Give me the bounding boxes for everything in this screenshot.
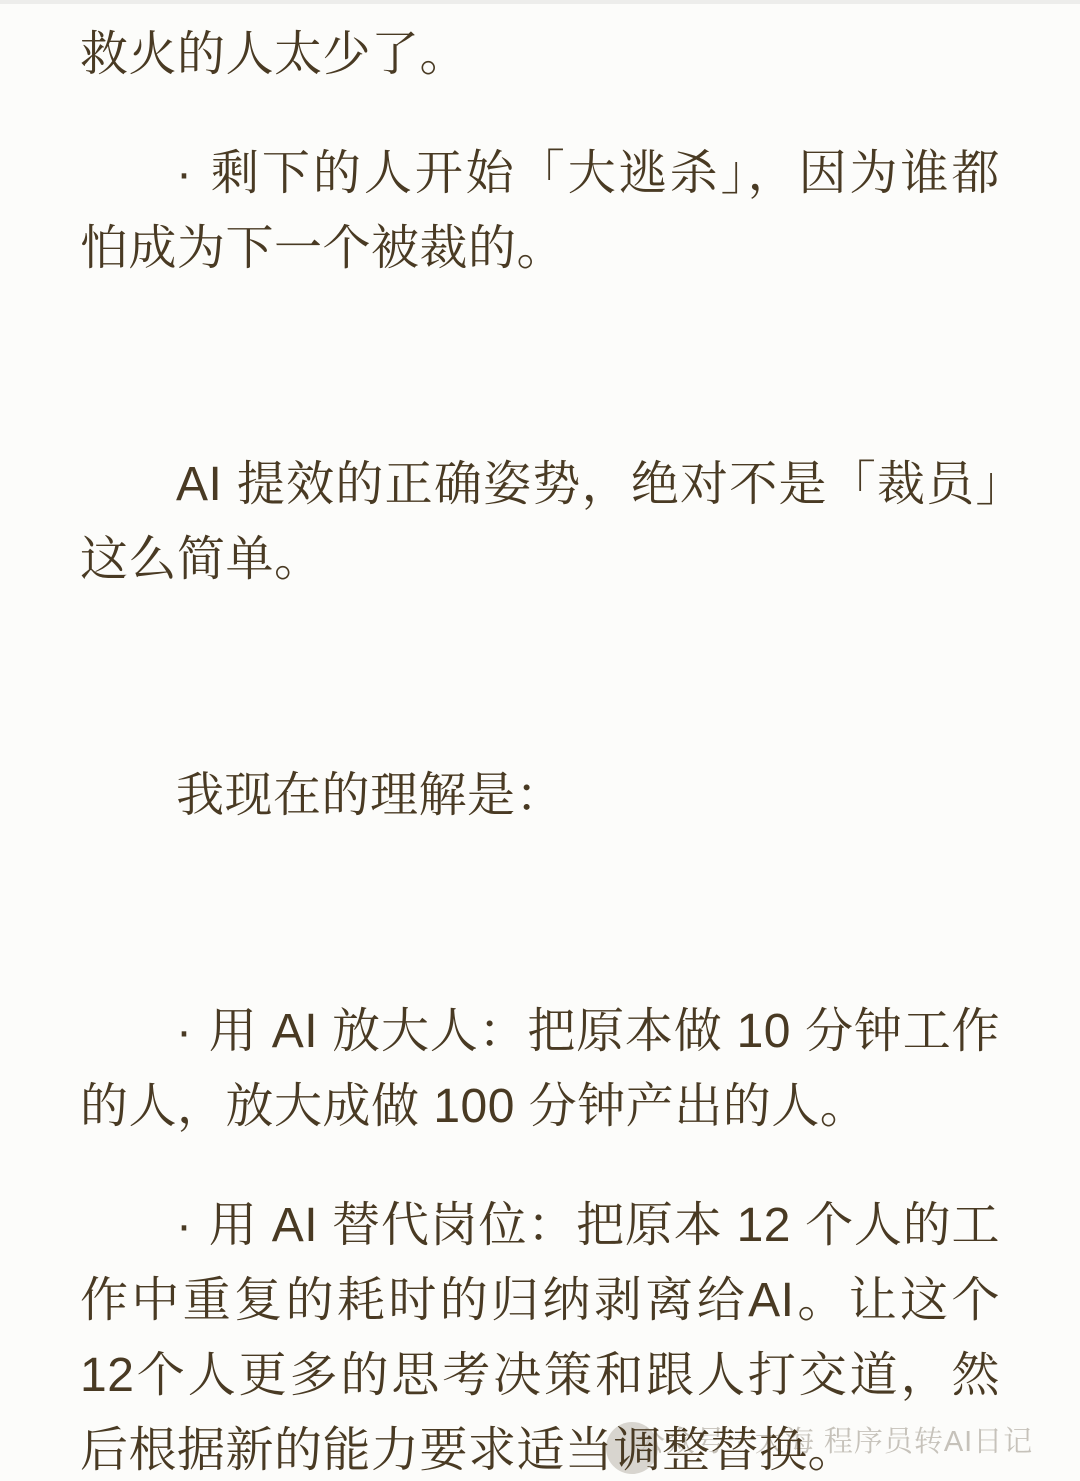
- paragraph-text: 剩下的人开始「大逃杀」，因为谁都怕成为下一个被裁的。: [80, 147, 1000, 275]
- paragraph: 我现在的理解是：: [80, 758, 1000, 833]
- paragraph-text: 用 AI 替代岗位：把原本 12 个人的工作中重复的耗时的归纳剥离给AI。让这个…: [80, 1199, 1000, 1477]
- paragraph-text: 我现在的理解是：: [176, 769, 564, 822]
- paragraph: ·用 AI 放大人：把原本做 10 分钟工作的人，放大成做 100 分钟产出的人…: [80, 994, 1000, 1144]
- paragraph-text: AI 提效的正确姿势，绝对不是「裁员」这么简单。: [80, 458, 1000, 586]
- paragraph: ·用 AI 替代岗位：把原本 12 个人的工作中重复的耗时的归纳剥离给AI。让这…: [80, 1188, 1000, 1481]
- paragraph-text: 救火的人太少了。: [80, 28, 468, 81]
- article-body: 救火的人太少了。·剩下的人开始「大逃杀」，因为谁都怕成为下一个被裁的。AI 提效…: [0, 0, 1080, 1481]
- paragraph: AI 提效的正确姿势，绝对不是「裁员」这么简单。: [80, 447, 1000, 597]
- paragraph: 救火的人太少了。: [80, 17, 1000, 92]
- bullet-marker-icon: ·: [176, 1005, 192, 1058]
- paragraph-text: 用 AI 放大人：把原本做 10 分钟工作的人，放大成做 100 分钟产出的人。: [80, 1005, 1000, 1133]
- paragraph-list: 救火的人太少了。·剩下的人开始「大逃杀」，因为谁都怕成为下一个被裁的。AI 提效…: [80, 17, 1000, 1481]
- paragraph: ·剩下的人开始「大逃杀」，因为谁都怕成为下一个被裁的。: [80, 136, 1000, 286]
- bullet-marker-icon: ·: [176, 1199, 192, 1252]
- bullet-marker-icon: ·: [176, 147, 192, 200]
